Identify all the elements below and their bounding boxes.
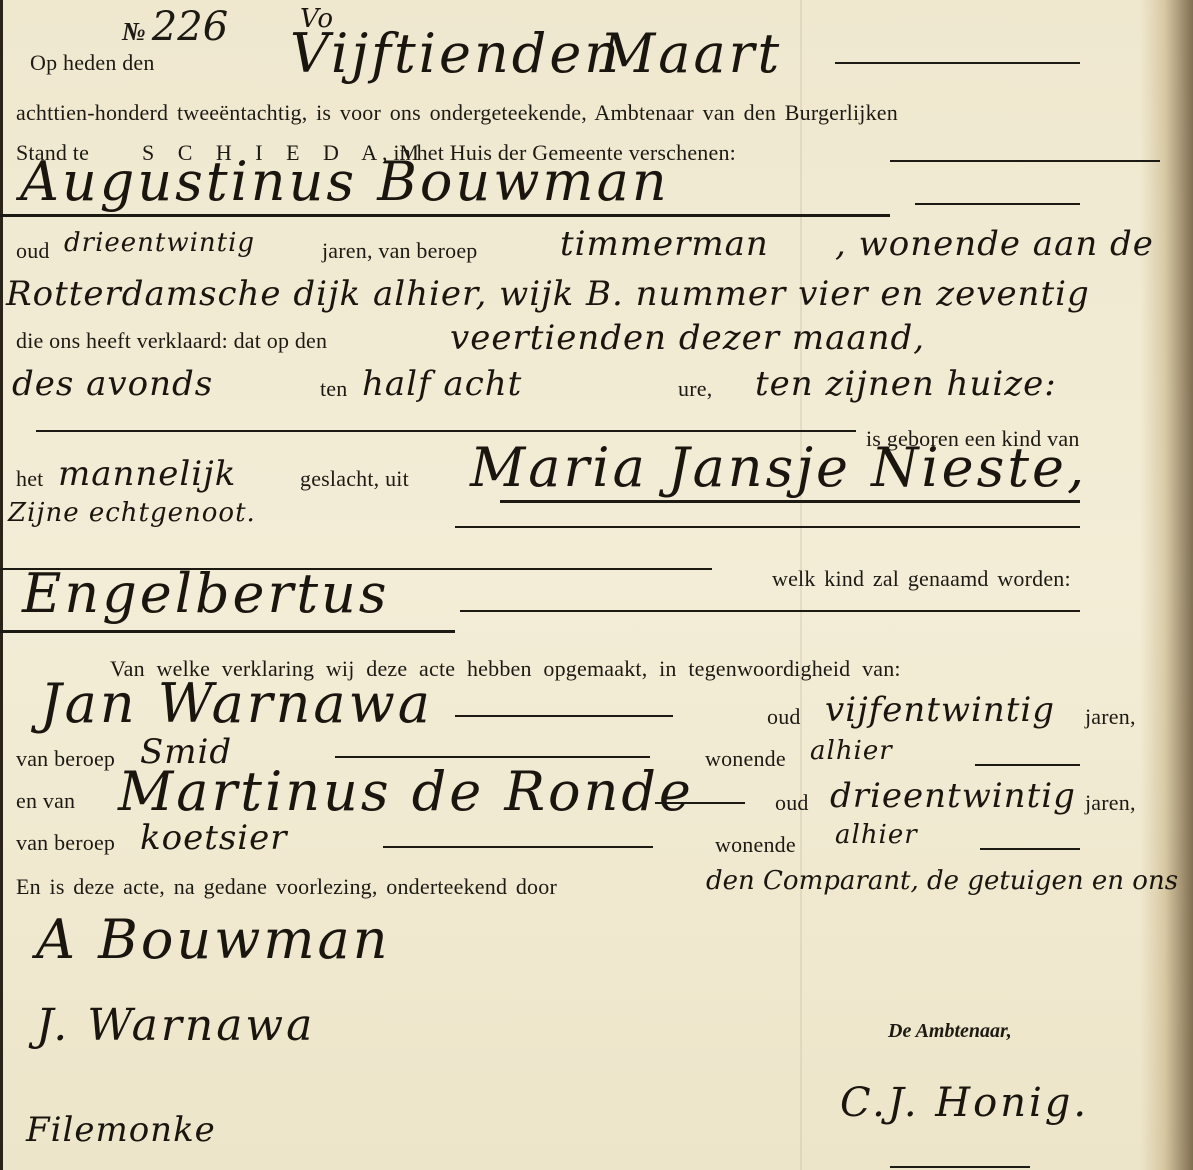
fill-line	[835, 62, 1080, 64]
witness2-age-label: oud	[775, 790, 809, 816]
signature-witness2: Filemonke	[26, 1110, 216, 1150]
sex-suffix: geslacht, uit	[300, 466, 409, 492]
witness1-name: Jan Warnawa	[40, 672, 433, 735]
fill-line	[455, 526, 1080, 528]
date-day: Vijftienden	[290, 22, 622, 85]
age-value: drieentwintig	[64, 228, 255, 258]
witness1-age-suffix: jaren,	[1085, 704, 1136, 730]
witness2-residence: alhier	[835, 820, 918, 850]
witness1-profession-label: van beroep	[16, 746, 115, 772]
mother-name: Maria Jansje Nieste,	[470, 436, 1087, 499]
mother-relation: Zijne echtgenoot.	[8, 498, 256, 528]
age-prefix: oud	[16, 238, 50, 264]
number-value: 226	[152, 4, 228, 50]
signature-underline	[890, 1166, 1030, 1168]
time-suffix: ure,	[678, 376, 712, 402]
signature-witness1: J. Warnawa	[36, 1000, 315, 1051]
witness1-residence-label: wonende	[705, 746, 786, 772]
profession: timmerman	[560, 224, 769, 264]
closing-signers: den Comparant, de getuigen en ons	[706, 866, 1178, 896]
fill-line	[460, 610, 1080, 612]
witness2-profession: koetsier	[140, 818, 288, 858]
signature-official: C.J. Honig.	[840, 1080, 1089, 1126]
witness2-name: Martinus de Ronde	[118, 760, 694, 823]
child-name: Engelbertus	[22, 562, 390, 625]
fill-line	[890, 160, 1160, 162]
underline	[0, 630, 455, 633]
underline	[500, 500, 1080, 503]
birth-certificate-page: №226 Vo Op heden den Vijftienden Maart a…	[0, 0, 1193, 1170]
witness1-age: vijfentwintig	[825, 690, 1055, 730]
age-suffix: jaren, van beroep	[322, 238, 478, 264]
time-value: half acht	[362, 364, 522, 404]
fill-line	[980, 848, 1080, 850]
official-title: De Ambtenaar,	[888, 1020, 1012, 1043]
fill-line	[383, 846, 653, 848]
witness2-age-suffix: jaren,	[1085, 790, 1136, 816]
witness2-prefix: en van	[16, 788, 75, 814]
witness1-age-label: oud	[767, 704, 801, 730]
witness2-residence-label: wonende	[715, 832, 796, 858]
underline	[0, 214, 890, 217]
time-of-day: des avonds	[12, 364, 213, 404]
fill-line	[655, 802, 745, 804]
witness1-residence: alhier	[810, 736, 893, 766]
number-label: №	[122, 17, 146, 46]
witness2-profession-label: van beroep	[16, 830, 115, 856]
fill-line	[36, 430, 856, 432]
fill-line	[915, 203, 1080, 205]
comparant-name: Augustinus Bouwman	[20, 150, 670, 213]
fill-line	[975, 764, 1080, 766]
date-month: Maart	[600, 22, 782, 85]
line1-prefix: Op heden den	[30, 50, 155, 76]
record-number: №226	[122, 4, 228, 50]
place-of-birth: ten zijnen huize:	[755, 364, 1057, 404]
residence-start: , wonende aan de	[835, 224, 1154, 264]
named-text: welk kind zal genaamd worden:	[772, 566, 1071, 592]
sex-value: mannelijk	[58, 454, 236, 494]
signature-comparant: A Bouwman	[36, 908, 391, 971]
closing-text: En is deze acte, na gedane voorlezing, o…	[16, 874, 557, 900]
birth-day: veertienden dezer maand,	[450, 318, 925, 358]
fill-line	[455, 715, 673, 717]
witness2-age: drieentwintig	[830, 776, 1076, 816]
time-prefix: ten	[320, 376, 347, 402]
sex-prefix: het	[16, 466, 43, 492]
line2-text: achttien-honderd tweeëntachtig, is voor …	[16, 100, 898, 126]
declared-prefix: die ons heeft verklaard: dat op den	[16, 328, 327, 354]
fill-line	[335, 756, 650, 758]
residence-line: Rotterdamsche dijk alhier, wijk B. numme…	[6, 274, 1090, 314]
